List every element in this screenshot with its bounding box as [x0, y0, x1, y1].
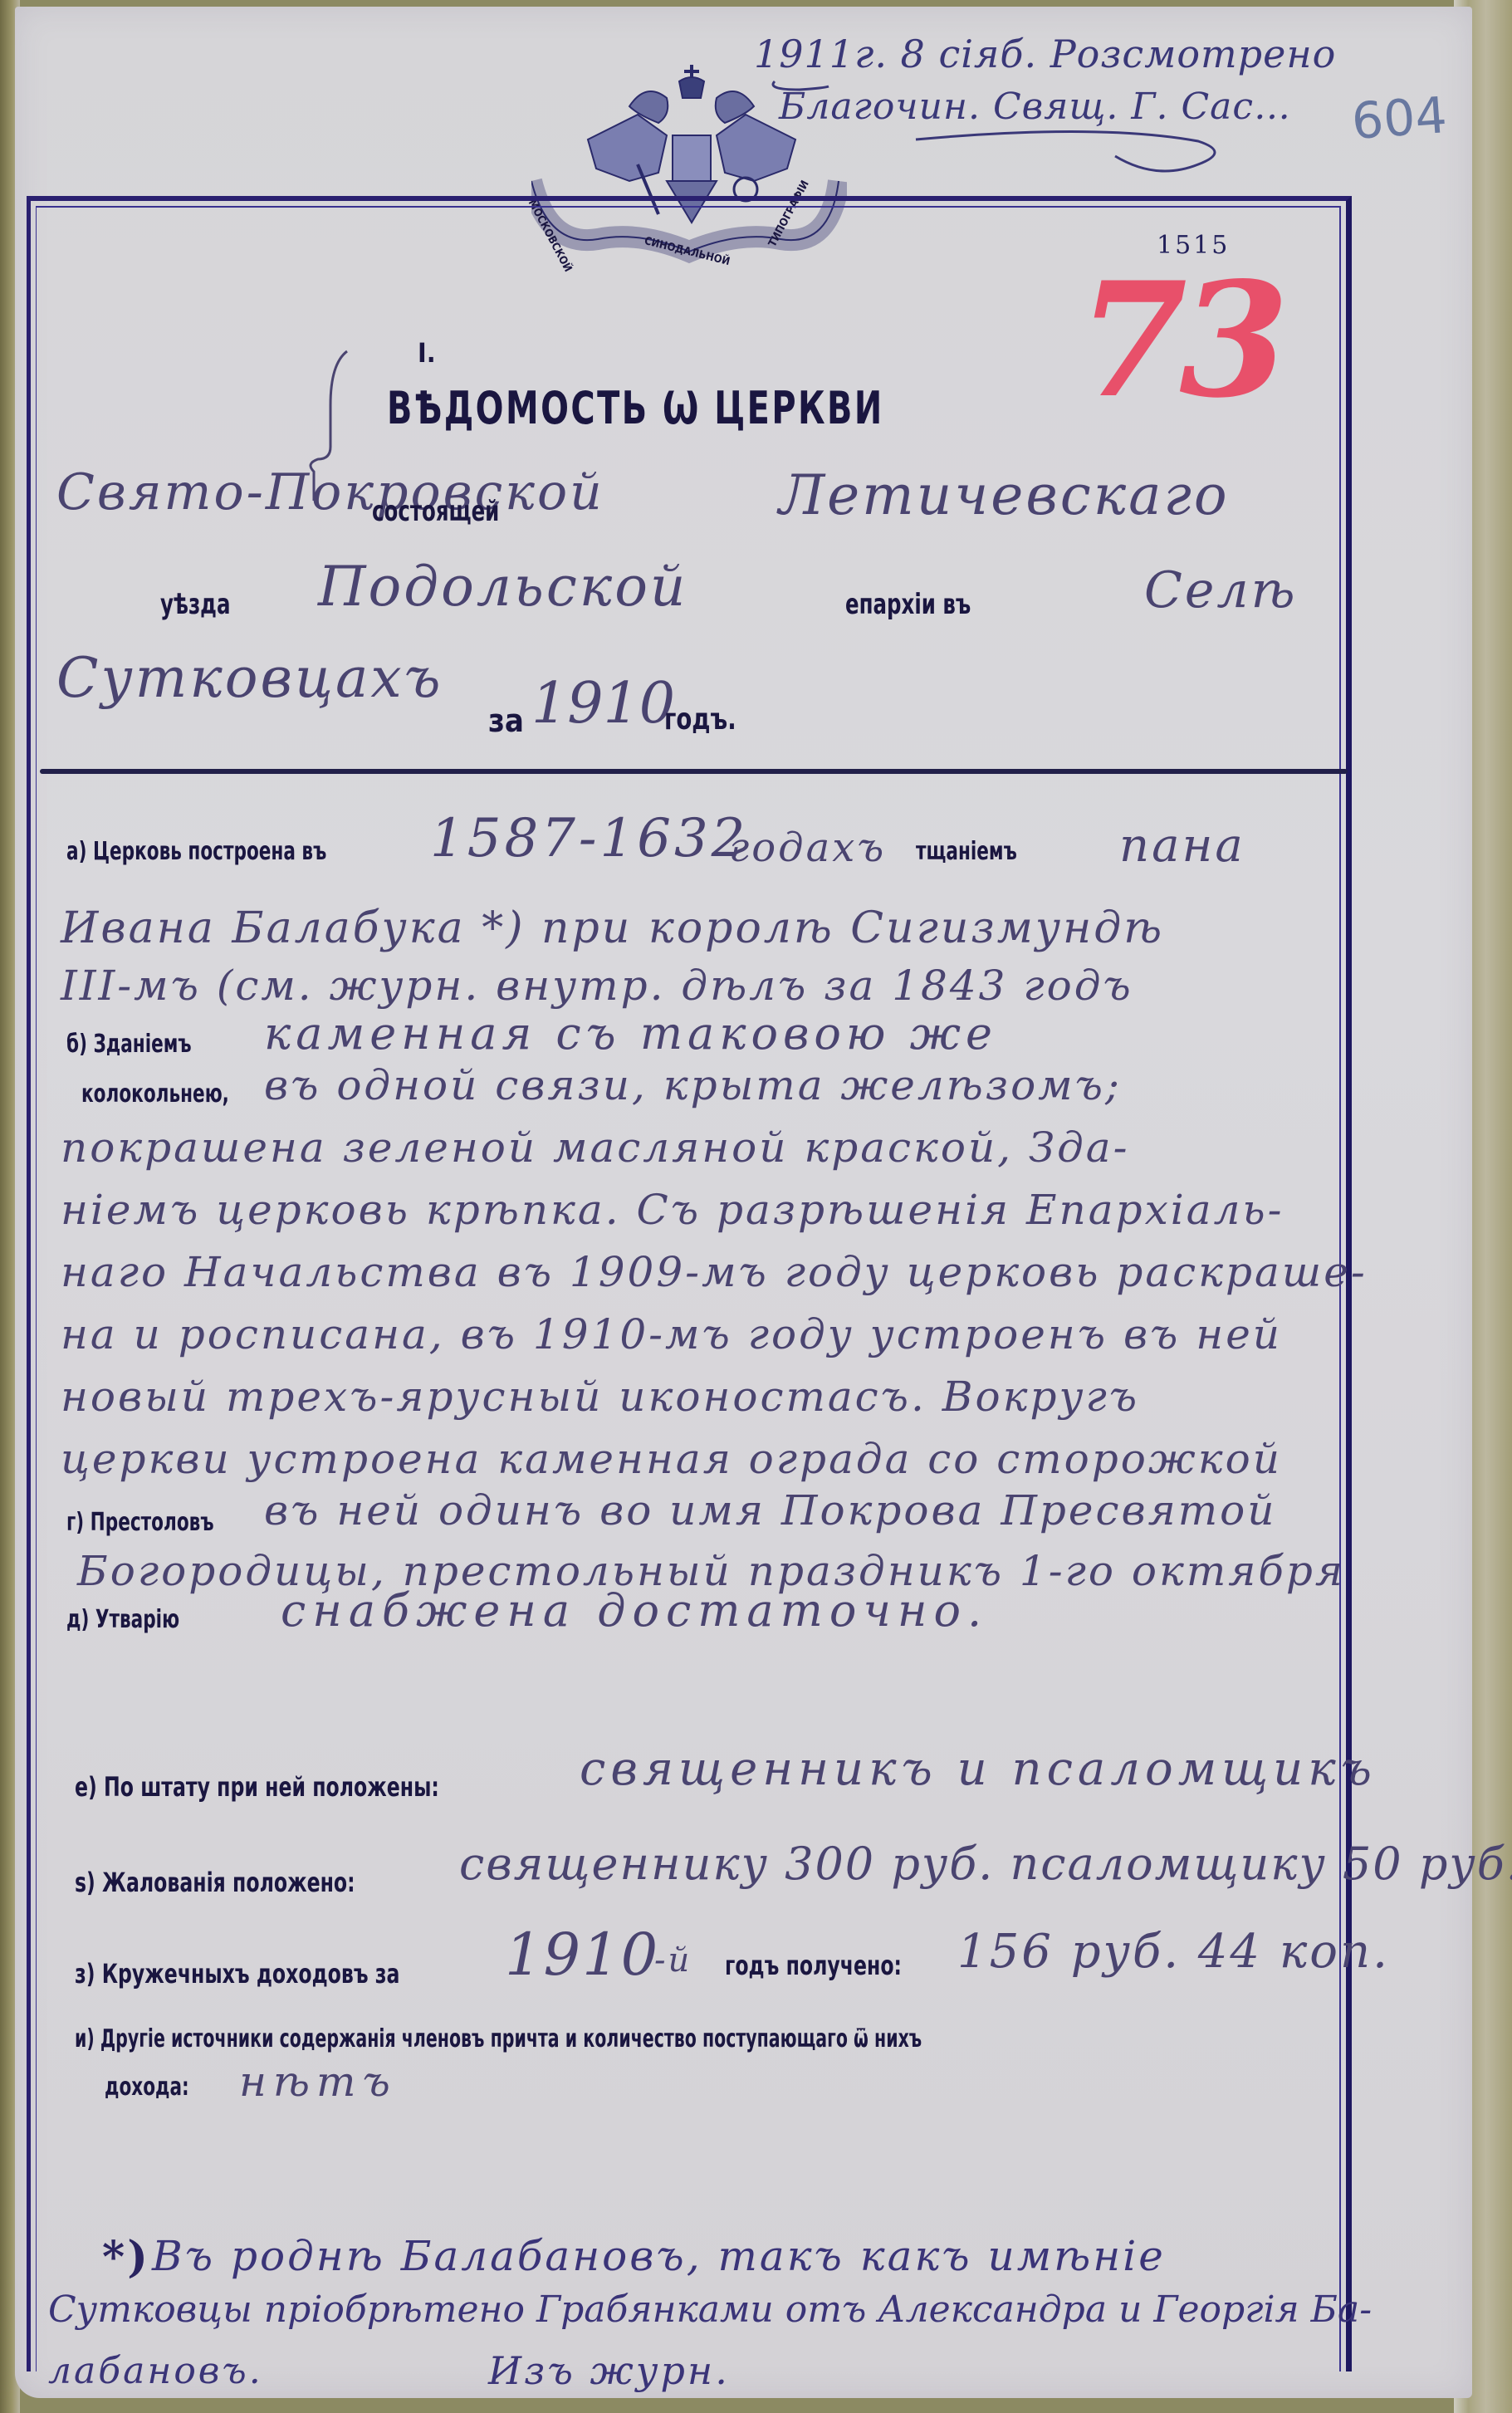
utensils-status: снабжена достаточно.	[281, 1584, 988, 1637]
section-s-label: ѕ) Жалованія положено:	[75, 1867, 355, 1898]
eparchy-name: Подольской	[318, 555, 687, 619]
section-divider	[40, 769, 1348, 774]
section-b-text: Зданіемъ	[93, 1030, 191, 1059]
section-b-line8: церкви устроена каменная ограда со сторо…	[61, 1435, 1282, 1483]
section-z-label: з) Кружечныхъ доходовъ за	[75, 1958, 399, 1990]
document-page: 1911г. 8 сіяб. Розсмотрено Благочин. Свя…	[15, 7, 1472, 2398]
footnote-line2: Сутковцы пріобрѣтено Грабянками отъ Алек…	[48, 2288, 1372, 2331]
collection-income: 156 руб. 44 коп.	[957, 1925, 1390, 1979]
footnote-line3: лабановъ.	[48, 2350, 263, 2392]
footnote-signature: Изъ журн.	[488, 2348, 730, 2393]
section-i-text: Другіе источники содержанія членовъ прич…	[100, 2024, 922, 2053]
section-i-marker: и)	[75, 2024, 95, 2053]
section-b-line4: ніемъ церковь крѣпка. Съ разрѣшенія Епар…	[61, 1186, 1284, 1234]
section-d-text: Утварію	[95, 1605, 179, 1634]
section-a-text: Церковь построена въ	[93, 837, 326, 866]
section-g-label: г) Престоловъ	[66, 1508, 214, 1537]
section-b-label: б) Зданіемъ	[66, 1030, 192, 1059]
section-b-marker: б)	[66, 1030, 87, 1059]
section-s-text: Жалованія положено:	[102, 1867, 355, 1898]
construction-years: 1587-1632	[430, 808, 748, 869]
section-g-text: Престоловъ	[91, 1508, 214, 1537]
footnote-line1: Въ роднѣ Балабановъ, такъ какъ имѣніе	[152, 2232, 1166, 2280]
village-type: Селѣ	[1144, 561, 1298, 619]
section-z-text: Кружечныхъ доходовъ за	[102, 1958, 400, 1990]
section-b-label2: колокольнею,	[81, 1079, 229, 1109]
label-located: состоящей	[372, 495, 499, 528]
section-a-line3: III-мъ (см. журн. внутр. дѣлъ за 1843 го…	[61, 962, 1133, 1010]
section-e-label: е) По штату при ней положены:	[75, 1771, 439, 1803]
section-b-line5: наго Начальства въ 1909-мъ году церковь …	[61, 1248, 1368, 1296]
salary-amounts: священнику 300 руб. псаломщику 50 руб.	[459, 1838, 1512, 1890]
section-numeral: I.	[418, 337, 436, 369]
building-material: каменная съ таковою же	[264, 1007, 997, 1060]
label-year: годъ.	[664, 702, 736, 737]
altars-description: въ ней одинъ во имя Покрова Пресвятой	[264, 1486, 1276, 1534]
section-i-label-cont: дохода:	[105, 2073, 189, 2102]
income-year-suffix: -й	[654, 1941, 692, 1980]
church-name: Свято-Покровской	[56, 463, 604, 521]
section-a-marker: а)	[66, 837, 86, 866]
footnote-marker: *)	[102, 2232, 150, 2283]
section-g-marker: г)	[66, 1508, 84, 1537]
section-d-label: д) Утварію	[66, 1605, 179, 1634]
section-s-marker: ѕ)	[75, 1867, 95, 1898]
section-z-marker: з)	[75, 1958, 95, 1990]
section-a-label2: тщаніемъ	[916, 837, 1017, 866]
section-d-marker: д)	[66, 1605, 89, 1634]
archival-note-line1: 1911г. 8 сіяб. Розсмотрено	[754, 32, 1336, 76]
section-a-label: а) Церковь построена въ	[66, 837, 326, 866]
flourish-underline	[766, 73, 1348, 189]
builder-title: пана	[1119, 819, 1245, 873]
section-i-label: и) Другіе источники содержанія членовъ п…	[75, 2024, 922, 2053]
section-b-line6: на и росписана, въ 1910-мъ году устроенъ…	[61, 1310, 1282, 1358]
section-e-text: По штату при ней положены:	[104, 1771, 439, 1803]
red-pencil-mark: 73	[1078, 247, 1280, 433]
construction-years-suffix: годахъ	[729, 825, 886, 871]
village-name: Сутковцахъ	[56, 646, 443, 710]
label-eparchy: епархіи въ	[845, 588, 971, 621]
section-a-line2: Ивана Балабука *) при королѣ Сигизмундѣ	[61, 903, 1164, 953]
label-uyezd: уѣзда	[160, 588, 230, 621]
label-for: за	[488, 702, 524, 739]
archive-number: 604	[1350, 86, 1449, 151]
section-e-marker: е)	[75, 1771, 97, 1803]
income-year: 1910	[505, 1921, 659, 1989]
staff-positions: священникъ и псаломщикъ	[580, 1742, 1377, 1796]
other-income: нѣтъ	[239, 2058, 397, 2106]
section-z-label2: годъ получено:	[725, 1950, 902, 1981]
section-b-line7: новый трехъ-ярусный иконостасъ. Вокругъ	[61, 1373, 1139, 1421]
report-year: 1910	[531, 671, 675, 737]
section-b-line3: покрашена зеленой масляной краской, Зда-	[61, 1123, 1130, 1172]
uyezd-name: Летичевскаго	[779, 463, 1230, 527]
section-b-line2: въ одной связи, крыта желѣзомъ;	[264, 1061, 1122, 1109]
page-title: ВѢДОМОСТЬ Ѡ ЦЕРКВИ	[387, 382, 884, 434]
